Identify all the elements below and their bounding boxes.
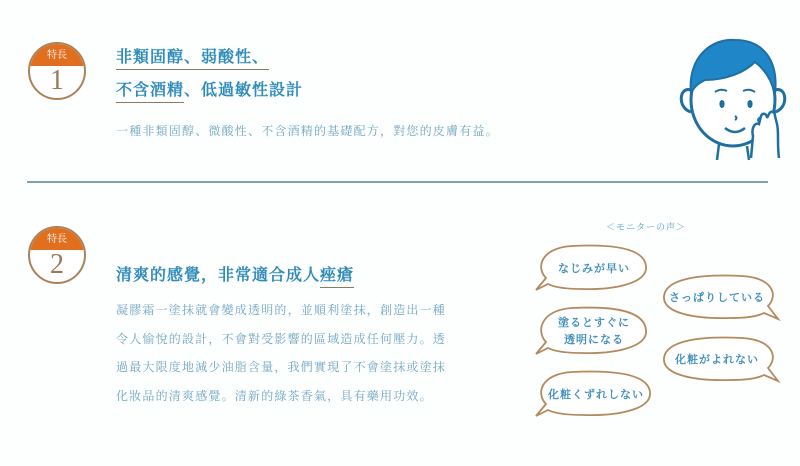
monitor-voices-title: ＜モニターの声＞ xyxy=(606,220,686,233)
headline-text: 非類固醇、弱酸性、 xyxy=(116,47,269,70)
smiling-face-icon xyxy=(675,28,795,163)
face-illustration xyxy=(675,28,795,163)
feature-2-description: 凝膠霜一塗抹就會變成透明的，並順利塗抹，創造出一種令人愉悅的設計，不會對受影響的… xyxy=(116,296,456,410)
feature-badge-2: 特長 2 xyxy=(28,226,86,284)
headline-rest: 、低過敏性設計 xyxy=(184,80,303,99)
badge-number: 2 xyxy=(30,248,84,282)
bubble-text: 化粧くずれしない xyxy=(532,368,654,420)
feature-1-headline-line1: 非類固醇、弱酸性、 xyxy=(116,44,269,67)
bubble-text: さっぱりしている xyxy=(658,272,782,322)
headline-text: 清爽的感覺，非常適合成人 xyxy=(116,265,320,284)
headline-underlined: 不含酒精 xyxy=(116,80,184,103)
section-divider xyxy=(27,181,768,183)
feature-1-description: 一種非類固醇、微酸性、不含酒精的基礎配方，對您的皮膚有益。 xyxy=(116,122,499,139)
bubble-text: 塗るとすぐに 透明になる xyxy=(532,304,650,358)
badge-label: 特長 xyxy=(30,228,84,250)
speech-bubble-3: 塗るとすぐに 透明になる xyxy=(532,304,650,358)
speech-bubble-2: さっぱりしている xyxy=(658,272,782,322)
bubble-text: なじみが早い xyxy=(532,242,650,294)
badge-number: 1 xyxy=(30,64,84,98)
bubble-text: 化粧がよれない xyxy=(658,334,782,384)
speech-bubble-5: 化粧くずれしない xyxy=(532,368,654,420)
feature-badge-1: 特長 1 xyxy=(28,42,86,100)
headline-underlined: 痤瘡 xyxy=(320,265,354,288)
badge-label: 特長 xyxy=(30,44,84,66)
speech-bubble-4: 化粧がよれない xyxy=(658,334,782,384)
feature-2-headline: 清爽的感覺，非常適合成人痤瘡 xyxy=(116,262,354,285)
speech-bubble-1: なじみが早い xyxy=(532,242,650,294)
feature-1-headline-line2: 不含酒精、低過敏性設計 xyxy=(116,77,303,100)
